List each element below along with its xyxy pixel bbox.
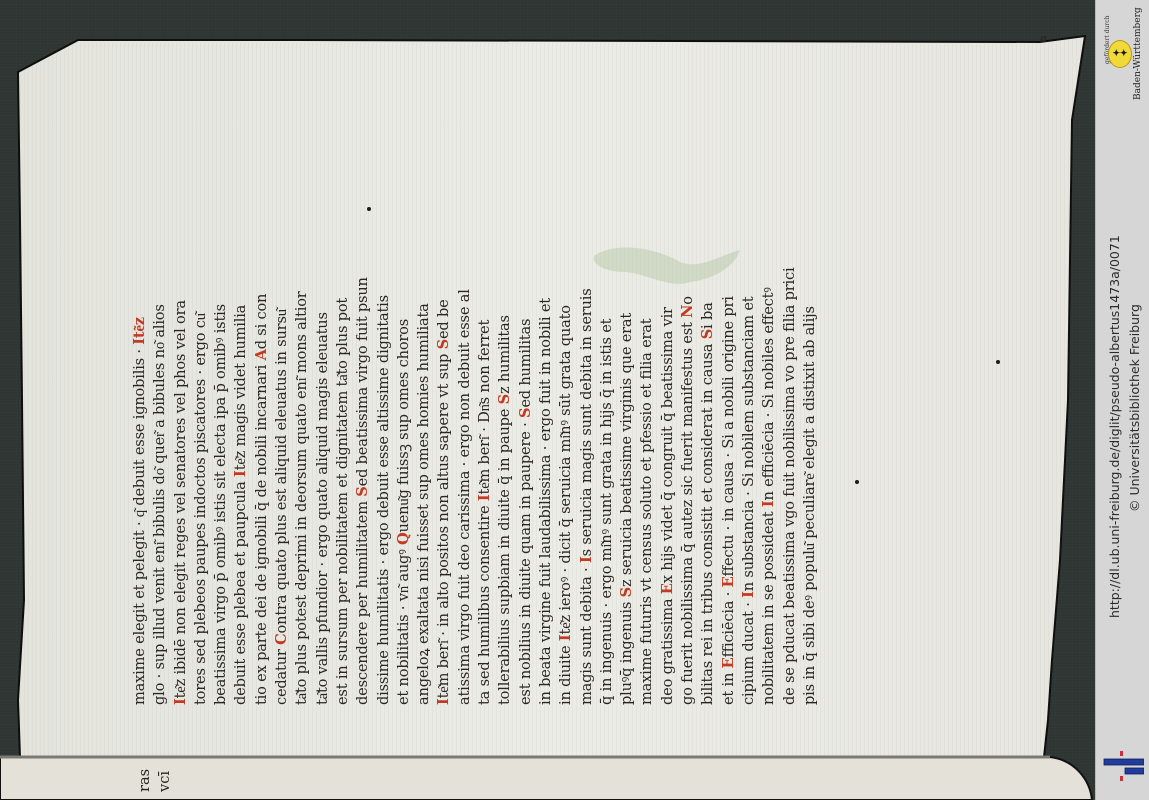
text-line: Ite͂z ibidē non elegit reges vel senator… (171, 255, 191, 705)
text-line: ras (135, 757, 155, 792)
text-line: q̄ in ingenuis · ergo mi͂nꝰ sunt grata i… (597, 255, 617, 705)
text-line: cipium ducat · In substancia · Si nobile… (739, 255, 759, 705)
text-line: est in sursum per nobilitatem et dignita… (333, 255, 353, 705)
text-line: ta͂to vallis pfundior · ergo quato aliqu… (313, 255, 333, 705)
text-line: tores sed plebeos paupes indoctos piscat… (191, 255, 211, 705)
text-line: in diuite Ite͂z ieroꝰ · dicit q̄ seruici… (556, 255, 576, 705)
text-line: in beata virgine fuit laudabilissima · e… (536, 255, 556, 705)
text-line: Ite͂m beri͂ · in alto positos non altus … (434, 255, 454, 705)
text-line: vcī (155, 757, 175, 792)
manuscript-text-column: maxime elegit et pelegit · q͂ debuit ess… (130, 255, 840, 705)
ink-dot (855, 480, 859, 484)
text-line: atissima virgo fuit deo carissima · ergo… (455, 255, 475, 705)
ub-freiburg-logo-icon[interactable] (1100, 748, 1144, 788)
facing-page-text: ras vcī (135, 757, 835, 792)
text-line: bilitas rei in tribus consistit et consi… (698, 255, 718, 705)
sponsor-badge[interactable]: gefördert durch ✦✦ Baden-Württemberg (1096, 0, 1149, 130)
facing-page: ras vcī (0, 757, 1095, 800)
folio-signature-mark: a (1040, 32, 1047, 45)
ink-dot (996, 360, 1000, 364)
text-line: est nobilius in diuite quam in paupere ·… (516, 255, 536, 705)
page-viewer[interactable]: a maxime elegit et pelegit · q͂ debuit e… (0, 0, 1095, 800)
text-line: de se pducat beatissima vgo fuit nobilis… (780, 255, 800, 705)
text-line: maxime elegit et pelegit · q͂ debuit ess… (130, 255, 150, 705)
manuscript-page: a maxime elegit et pelegit · q͂ debuit e… (0, 0, 1095, 800)
text-line: et nobilitatis · vn͂ augꝰ Quenu͂g fuissꝫ… (394, 255, 414, 705)
text-line: et in Efficiēcia · Effectu · in causa · … (719, 255, 739, 705)
text-line: maxime futuris vt census soluto et pfess… (637, 255, 657, 705)
text-line: nobilitatem in se possideat In efficiēci… (759, 255, 779, 705)
text-line: cedatur Contra quato plus est aliquid el… (272, 255, 292, 705)
text-line: ta sed humilibus consentire Ite͂m beri͂ … (475, 255, 495, 705)
text-line: beatissima virgo p̄ omibꝰ istis sit elec… (211, 255, 231, 705)
text-line: descendere per humilitatem Sed beatissim… (353, 255, 373, 705)
text-line: pis in q̄ sibi deꝰ populu͂ peculiare͂ el… (800, 255, 820, 705)
permalink-url[interactable]: http://dl.ub.uni-freiburg.de/diglit/pseu… (1107, 235, 1122, 618)
text-line: tio ex parte dei de ignobili q̄ de nobil… (252, 255, 272, 705)
text-line: debuit esse plebea et paupcula Ite͂z mag… (231, 255, 251, 705)
text-line: tollerabilius supbiam in diuite q̄ in pa… (495, 255, 515, 705)
ink-dot (367, 207, 371, 211)
text-line: magis sunt debita · Is seruicia magis su… (577, 255, 597, 705)
copyright-notice: © Universitätsbibliothek Freiburg (1127, 304, 1142, 512)
text-line: pluꝰq̄ ingenuis Sz seruicia beatissime v… (617, 255, 637, 705)
text-line: glo · sup illud venit eni͂ bibulis do͂ q… (150, 255, 170, 705)
text-line: ta͂to plus potest deprimi in deorsum qua… (292, 255, 312, 705)
text-line: dissime humilitatis · ergo debuit esse a… (374, 255, 394, 705)
sponsor-state: Baden-Württemberg (1133, 7, 1143, 100)
coat-of-arms-icon: ✦✦ (1108, 40, 1132, 68)
text-line: deo gratissima Ex hijs videt q̄ congruit… (658, 255, 678, 705)
text-line: angeloꝝ exaltata nisi fuisset sup omes h… (414, 255, 434, 705)
text-line: go fuerit nobilissima q̄ autez sic fueri… (678, 255, 698, 705)
